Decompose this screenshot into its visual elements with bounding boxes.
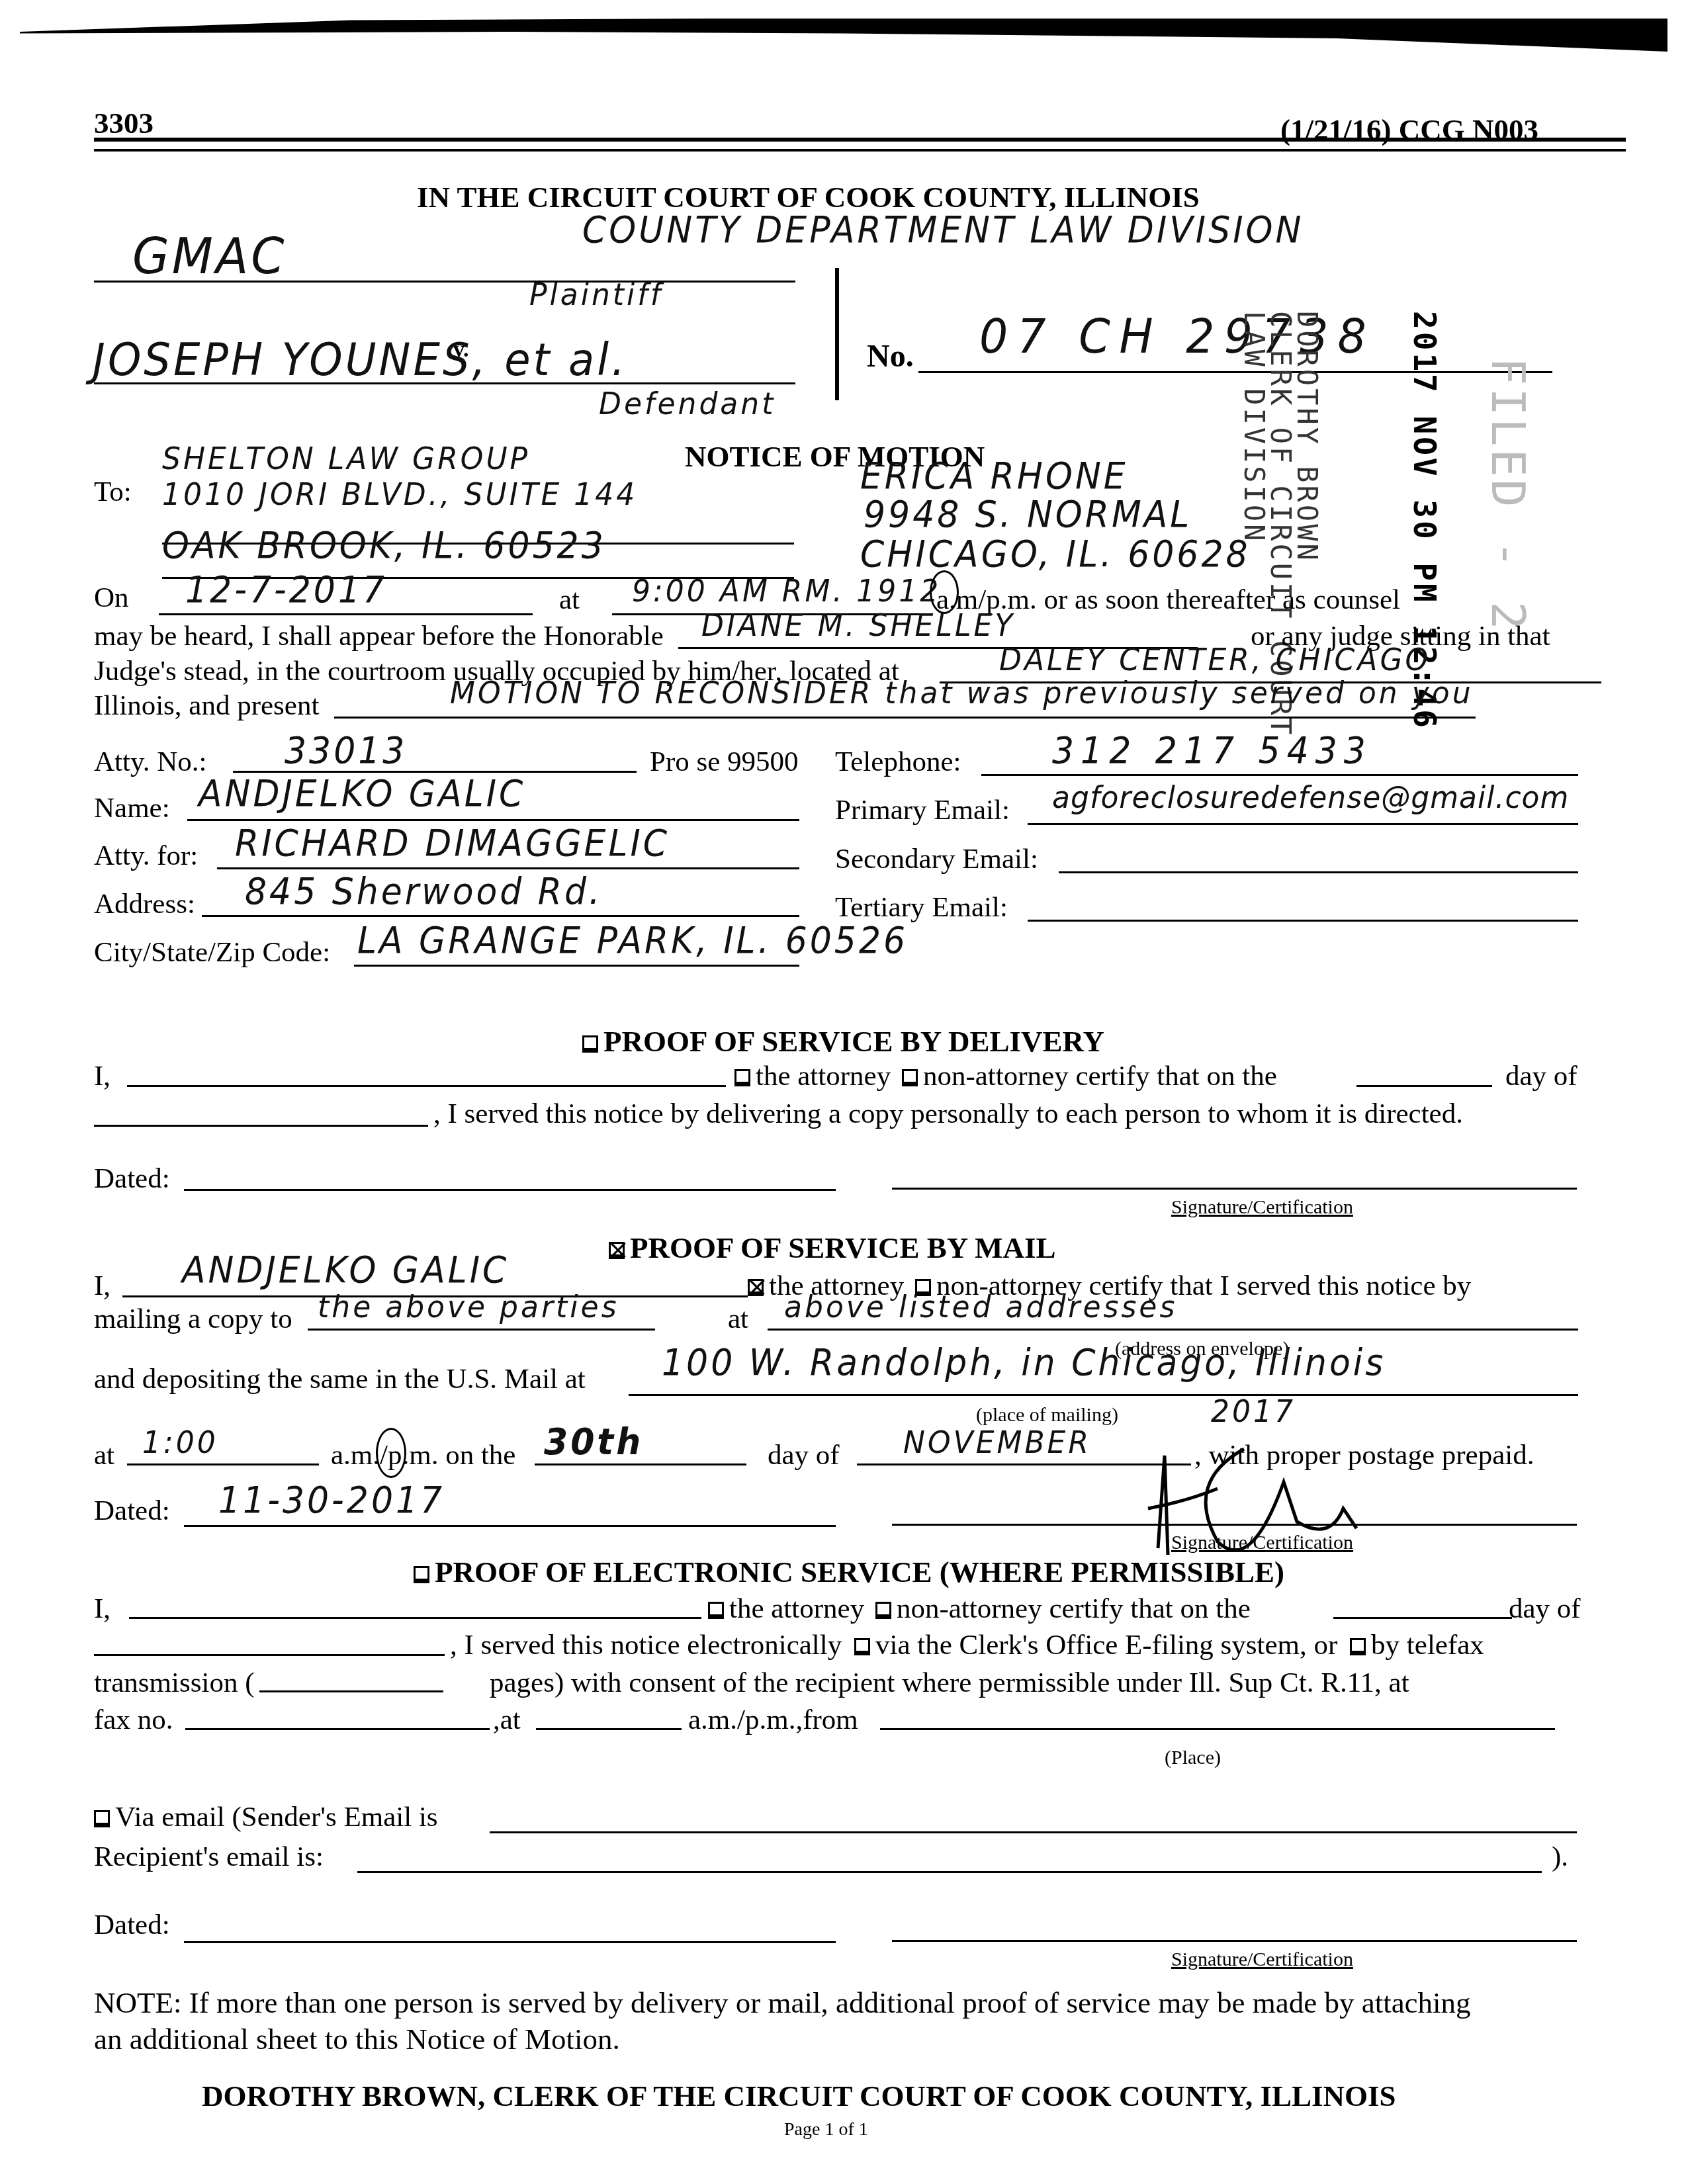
fax-time-field[interactable] [536, 1728, 682, 1730]
fax-at-label: ,at [493, 1706, 521, 1734]
via-email-checkbox[interactable] [94, 1810, 110, 1827]
electronic-attorney-label: the attorney [729, 1593, 864, 1624]
mailing-label: mailing a copy to [94, 1305, 292, 1333]
ampm-from-label: a.m./p.m.,from [688, 1706, 858, 1734]
deposit-place[interactable]: 100 W. Randolph, in Chicago, Illinois [662, 1342, 1386, 1384]
delivery-day-of-label: day of [1505, 1062, 1577, 1090]
to-label: To: [94, 478, 132, 506]
recipient-1-line2[interactable]: 1010 JORI BLVD., SUITE 144 [162, 477, 637, 513]
page-number: Page 1 of 1 [784, 2119, 868, 2140]
mail-dated[interactable]: 11-30-2017 [218, 1480, 445, 1522]
pro-se-label: Pro se 99500 [650, 748, 799, 776]
email-closing: ). [1552, 1843, 1568, 1871]
mail-dated-label: Dated: [94, 1497, 170, 1525]
delivery-signature-label: Signature/Certification [1171, 1196, 1353, 1219]
electronic-i-label: I, [94, 1594, 111, 1623]
recipient-1-line3[interactable]: OAK BROOK, IL. 60523 [162, 525, 606, 567]
deposit-line [629, 1394, 1578, 1396]
recipient-email-label: Recipient's email is: [94, 1843, 324, 1871]
electronic-signature-field[interactable] [892, 1940, 1577, 1942]
address[interactable]: 845 Sherwood Rd. [245, 871, 602, 913]
case-no-label: No. [867, 341, 914, 372]
atty-no-label: Atty. No.: [94, 748, 206, 776]
electronic-non-attorney-label: non-attorney certify that on the [897, 1593, 1251, 1624]
telephone-line [981, 774, 1578, 776]
delivery-i-label: I, [94, 1062, 111, 1090]
defendant-line [94, 382, 795, 384]
header-rule-1 [94, 138, 1626, 142]
mail-signature-label: Signature/Certification [1171, 1532, 1353, 1554]
electronic-title-text: PROOF OF ELECTRONIC SERVICE (WHERE PERMI… [435, 1555, 1284, 1589]
delivery-name-field[interactable] [127, 1085, 726, 1087]
delivery-day-field[interactable] [1356, 1085, 1492, 1087]
secondary-email-label: Secondary Email: [835, 845, 1038, 873]
location[interactable]: DALEY CENTER, CHICAGO [999, 642, 1431, 678]
scan-artifact [20, 19, 1667, 52]
electronic-month-field[interactable] [94, 1654, 445, 1656]
electronic-attorney-option: the attorney non-attorney certify that o… [708, 1594, 1251, 1623]
mail-month[interactable]: NOVEMBER [903, 1425, 1091, 1461]
attorney-name[interactable]: ANDJELKO GALIC [199, 773, 525, 815]
delivery-month-field[interactable] [94, 1125, 428, 1127]
mail-i-label: I, [94, 1272, 111, 1300]
plaintiff-line [94, 281, 795, 283]
present-text: Illinois, and present [94, 691, 319, 720]
efiling-label: via the Clerk's Office E-filing system, … [875, 1630, 1337, 1661]
deposit-label: and depositing the same in the U.S. Mail… [94, 1365, 586, 1393]
mail-checkbox[interactable] [609, 1242, 625, 1259]
fax-place-field[interactable] [880, 1728, 1555, 1730]
mail-at-label: at [728, 1305, 748, 1333]
primary-email-label: Primary Email: [835, 796, 1010, 824]
delivery-non-attorney-label: non-attorney certify that on the [923, 1061, 1277, 1092]
mailing-at-line [768, 1329, 1578, 1331]
delivery-attorney-label: the attorney [756, 1061, 891, 1092]
telefax-label: by telefax [1371, 1630, 1484, 1661]
delivery-attorney-checkbox[interactable] [734, 1069, 750, 1086]
fax-number-field[interactable] [185, 1728, 490, 1730]
electronic-attorney-checkbox[interactable] [708, 1602, 724, 1619]
pages-text: pages) with consent of the recipient whe… [490, 1669, 1409, 1697]
efiling-checkbox[interactable] [854, 1638, 870, 1655]
mail-dated-line [184, 1525, 836, 1527]
recipient-2-line1[interactable]: ERICA RHONE [860, 456, 1128, 498]
mail-title-text: PROOF OF SERVICE BY MAIL [630, 1231, 1055, 1264]
note-line-1: NOTE: If more than one person is served … [94, 1988, 1471, 2018]
tertiary-email-label: Tertiary Email: [835, 893, 1008, 922]
electronic-place-caption: (Place) [1165, 1747, 1221, 1769]
city-state-zip[interactable]: LA GRANGE PARK, IL. 60526 [357, 920, 908, 962]
delivery-attorney-option: the attorney non-attorney certify that o… [734, 1062, 1277, 1090]
delivery-signature-field[interactable] [892, 1188, 1577, 1190]
motion-text[interactable]: MOTION TO RECONSIDER that was previously… [450, 676, 1474, 711]
electronic-served-option: , I served this notice electronically vi… [450, 1631, 1484, 1659]
judge-name[interactable]: DIANE M. SHELLEY [701, 608, 1015, 644]
mailing-to-line [308, 1329, 655, 1331]
mail-name[interactable]: ANDJELKO GALIC [182, 1250, 509, 1291]
name-line [187, 819, 799, 821]
electronic-checkbox[interactable] [414, 1566, 429, 1583]
electronic-dated-field[interactable] [184, 1941, 836, 1943]
form-code: (1/21/16) CCG N003 [1280, 112, 1538, 147]
city-label: City/State/Zip Code: [94, 938, 330, 967]
mail-day-line [535, 1463, 746, 1465]
fax-label: fax no. [94, 1706, 173, 1734]
heard-text: may be heard, I shall appear before the … [94, 622, 664, 650]
electronic-signature-label: Signature/Certification [1171, 1948, 1353, 1971]
mail-at2-label: at [94, 1441, 114, 1469]
mailing-to[interactable]: the above parties [318, 1289, 619, 1325]
place-caption: (place of mailing) [976, 1404, 1118, 1426]
recipient-1-line1[interactable]: SHELTON LAW GROUP [162, 441, 530, 477]
hearing-date[interactable]: 12-7-2017 [185, 570, 387, 611]
pages-field[interactable] [259, 1690, 443, 1692]
electronic-day-field[interactable] [1333, 1617, 1512, 1619]
address-label: Address: [94, 890, 195, 918]
mailing-at[interactable]: above listed addresses [784, 1289, 1177, 1325]
atty-for-line [217, 867, 799, 869]
city-line [354, 965, 799, 967]
delivery-title-text: PROOF OF SERVICE BY DELIVERY [603, 1025, 1104, 1058]
tertiary-email-field[interactable] [1028, 920, 1578, 922]
plaintiff-name[interactable]: GMAC [132, 227, 287, 285]
mail-month-line [857, 1463, 1191, 1465]
stamp-division: LAW DIVISION [1238, 311, 1270, 543]
atty-for-label: Atty. for: [94, 842, 198, 870]
mail-ampm-label: a.m./p.m. on the [331, 1441, 515, 1469]
plaintiff-label: Plaintiff [529, 277, 663, 313]
secondary-email-field[interactable] [1059, 871, 1578, 873]
defendant-name[interactable]: JOSEPH YOUNES, et al. [93, 335, 627, 386]
atty-for[interactable]: RICHARD DIMAGGELIC [235, 823, 670, 865]
telephone-label: Telephone: [835, 748, 961, 776]
primary-email-line [1028, 823, 1578, 825]
footer-clerk: DOROTHY BROWN, CLERK OF THE CIRCUIT COUR… [202, 2079, 1396, 2113]
stamp-filed-label: FILED - 2 [1481, 357, 1535, 632]
recipient-email-field[interactable] [357, 1871, 1542, 1873]
via-email-label: Via email (Sender's Email is [115, 1802, 438, 1833]
telephone[interactable]: 312 217 5433 [1052, 730, 1372, 772]
defendant-label: Defendant [599, 386, 776, 422]
mail-day[interactable]: 30th [544, 1422, 643, 1463]
motion-line [334, 717, 1476, 719]
electronic-non-attorney-checkbox[interactable] [875, 1602, 891, 1619]
mail-day-of-label: day of [768, 1441, 840, 1469]
delivery-checkbox[interactable] [582, 1035, 598, 1053]
on-label: On [94, 584, 129, 612]
mail-year[interactable]: 2017 [1211, 1394, 1296, 1430]
hearing-date-line [159, 613, 533, 615]
transmission-label: transmission ( [94, 1669, 254, 1697]
recipient-2-line2[interactable]: 9948 S. NORMAL [864, 494, 1192, 536]
mail-attorney-checkbox[interactable] [748, 1279, 764, 1296]
electronic-dated-label: Dated: [94, 1911, 170, 1939]
sender-email-field[interactable] [490, 1831, 1577, 1833]
delivery-served-text: , I served this notice by delivering a c… [433, 1100, 1463, 1128]
electronic-served-text: , I served this notice electronically [450, 1630, 842, 1661]
delivery-title: PROOF OF SERVICE BY DELIVERY [582, 1024, 1104, 1059]
primary-email[interactable]: agforeclosuredefense@gmail.com [1052, 780, 1569, 816]
delivery-non-attorney-checkbox[interactable] [902, 1069, 918, 1086]
address-line [202, 915, 799, 917]
telefax-checkbox[interactable] [1350, 1638, 1366, 1655]
department-handwritten: COUNTY DEPARTMENT LAW DIVISION [582, 210, 1304, 251]
mail-title: PROOF OF SERVICE BY MAIL [609, 1231, 1055, 1265]
electronic-day-of-label: day of [1509, 1594, 1581, 1623]
hearing-time[interactable]: 9:00 AM RM. 1912 [632, 574, 941, 609]
electronic-title: PROOF OF ELECTRONIC SERVICE (WHERE PERMI… [414, 1555, 1284, 1589]
electronic-name-field[interactable] [129, 1617, 701, 1619]
atty-no[interactable]: 33013 [285, 730, 407, 772]
recipient-2-line3[interactable]: CHICAGO, IL. 60628 [860, 534, 1251, 576]
delivery-dated-field[interactable] [184, 1189, 836, 1191]
caption-divider [835, 268, 839, 400]
at-label: at [559, 586, 580, 614]
case-no-line [918, 371, 1552, 373]
name-label: Name: [94, 794, 170, 822]
delivery-dated-label: Dated: [94, 1164, 170, 1193]
note-line-2: an additional sheet to this Notice of Mo… [94, 2025, 620, 2054]
form-number: 3303 [94, 106, 154, 140]
via-email-option: Via email (Sender's Email is [94, 1803, 438, 1831]
header-rule-2 [94, 149, 1626, 152]
mail-time[interactable]: 1:00 [142, 1425, 218, 1461]
mail-time-line [127, 1463, 319, 1465]
